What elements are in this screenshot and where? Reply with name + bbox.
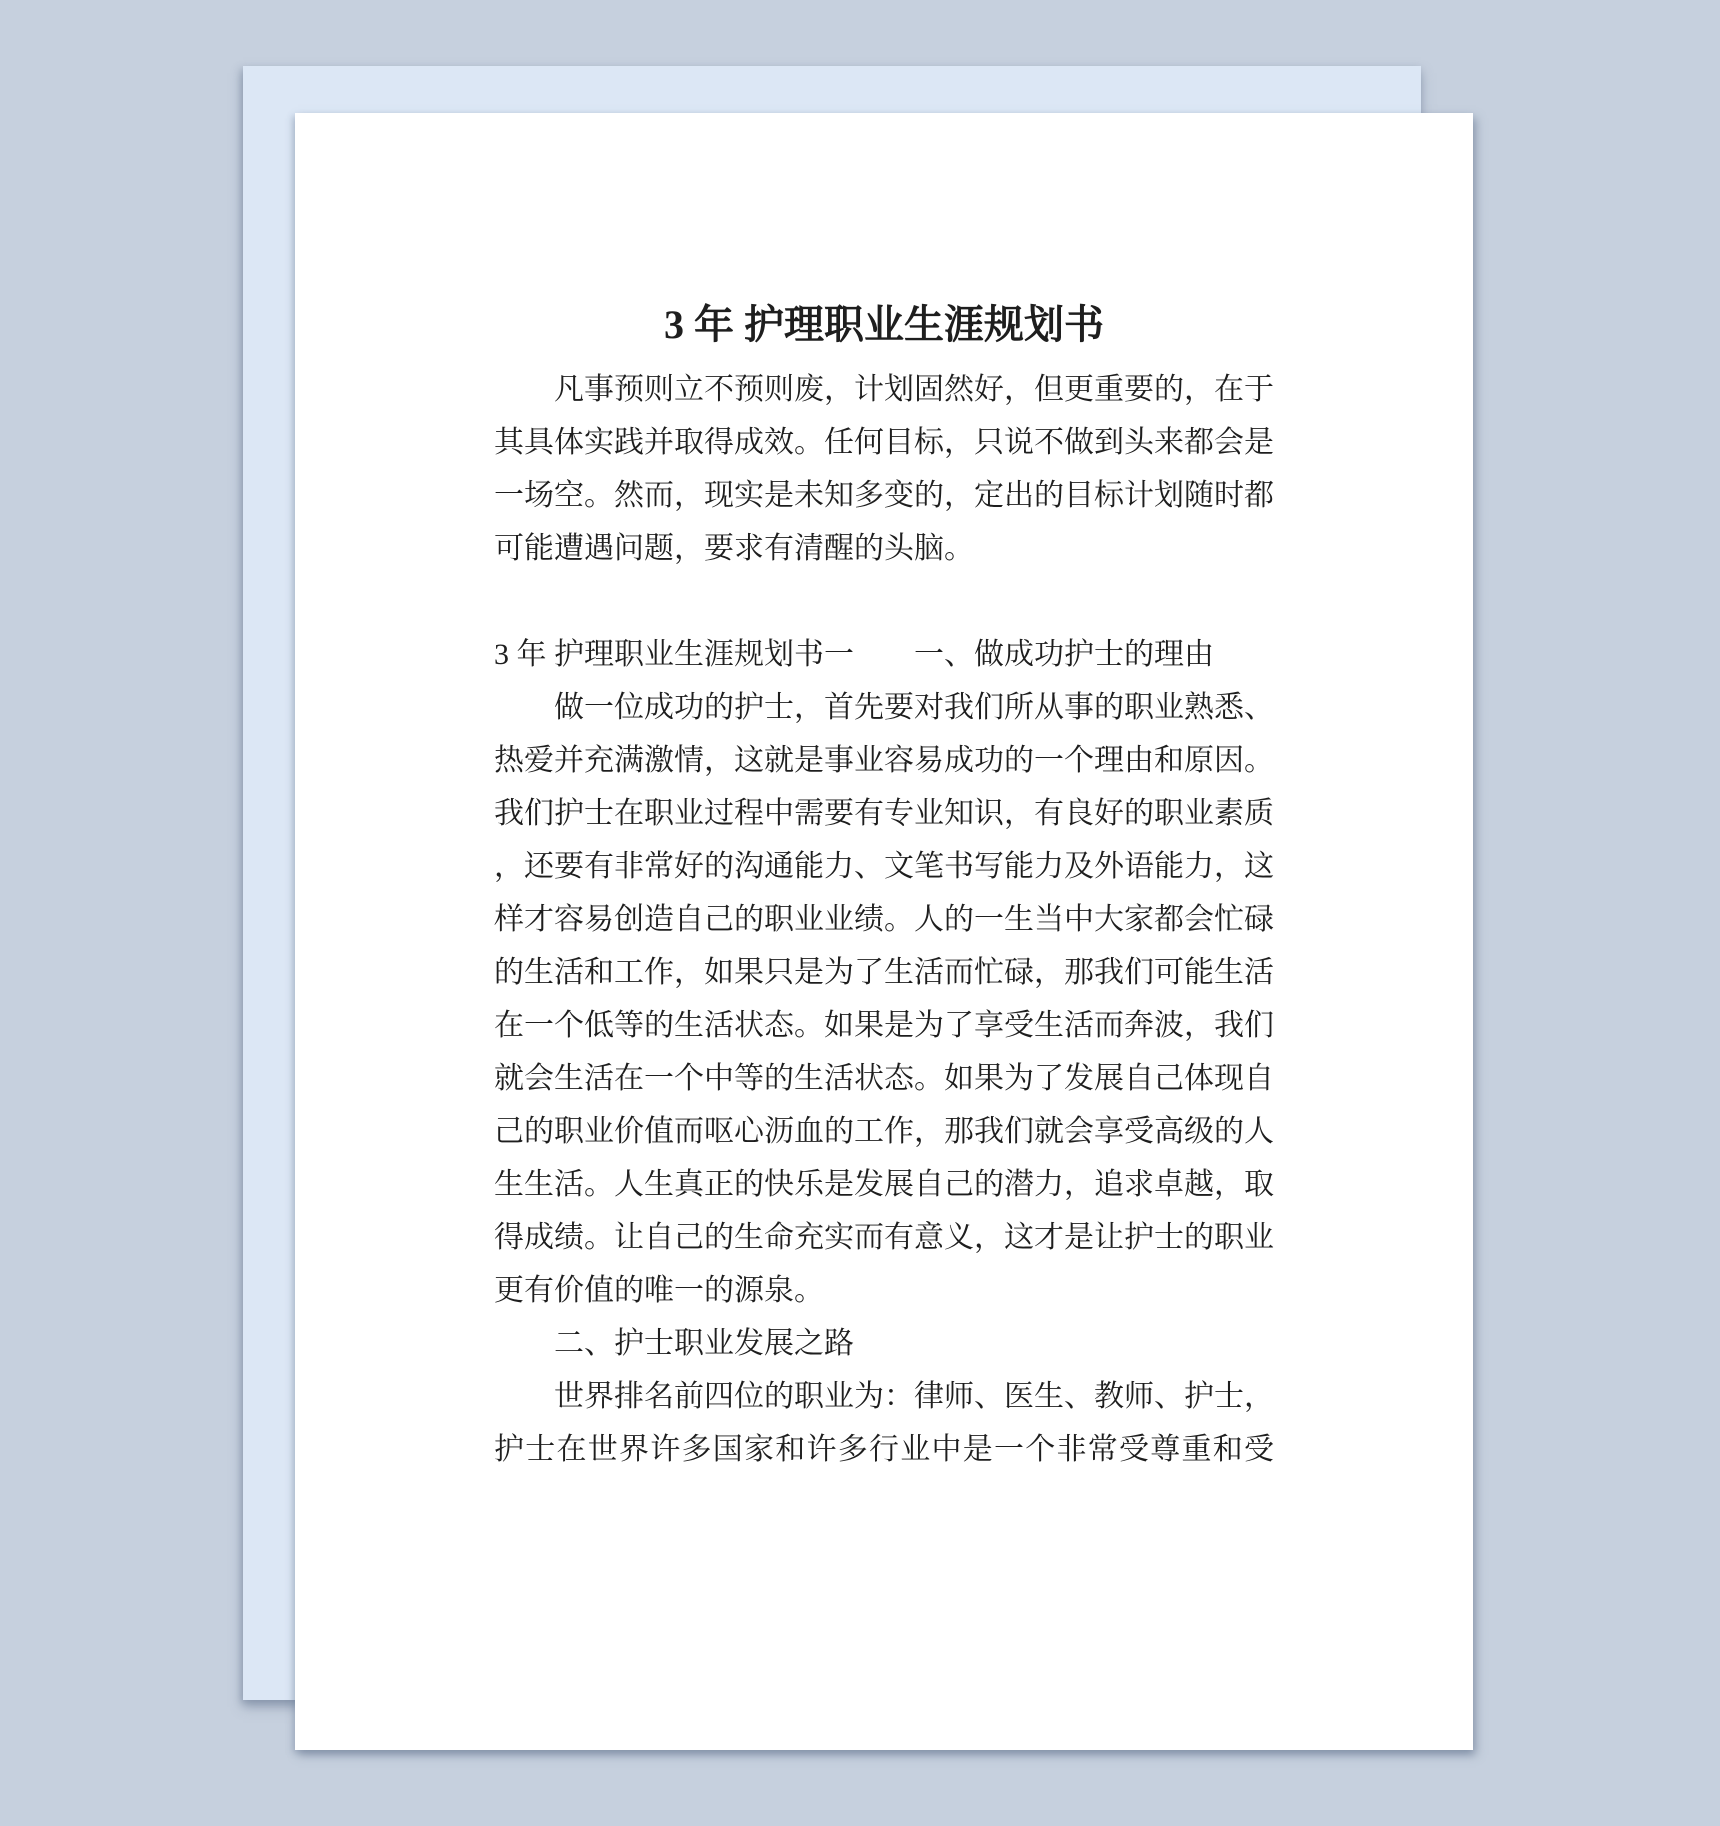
text-line: 3 年 护理职业生涯规划书一 一、做成功护士的理由 <box>494 628 1274 681</box>
text-line: 凡事预则立不预则废，计划固然好，但更重要的，在于 <box>494 363 1274 416</box>
text-line: 其具体实践并取得成效。任何目标，只说不做到头来都会是 <box>494 416 1274 469</box>
text-line: 二、护士职业发展之路 <box>494 1317 1274 1370</box>
text-line: 己的职业价值而呕心沥血的工作，那我们就会享受高级的人 <box>494 1105 1274 1158</box>
text-line: 更有价值的唯一的源泉。 <box>494 1264 1274 1317</box>
text-line: 在一个低等的生活状态。如果是为了享受生活而奔波，我们 <box>494 999 1274 1052</box>
text-line: 做一位成功的护士，首先要对我们所从事的职业熟悉、 <box>494 681 1274 734</box>
text-line: 可能遭遇问题，要求有清醒的头脑。 <box>494 522 1274 575</box>
text-line: ，还要有非常好的沟通能力、文笔书写能力及外语能力，这 <box>494 840 1274 893</box>
document-body: 凡事预则立不预则废，计划固然好，但更重要的，在于其具体实践并取得成效。任何目标，… <box>494 363 1274 1476</box>
document-page: 3 年 护理职业生涯规划书 凡事预则立不预则废，计划固然好，但更重要的，在于其具… <box>295 113 1473 1750</box>
desktop-background: 3 年 护理职业生涯规划书 凡事预则立不预则废，计划固然好，但更重要的，在于其具… <box>0 0 1720 1826</box>
text-line: 热爱并充满激情，这就是事业容易成功的一个理由和原因。 <box>494 734 1274 787</box>
text-line: 我们护士在职业过程中需要有专业知识，有良好的职业素质 <box>494 787 1274 840</box>
text-line: 就会生活在一个中等的生活状态。如果为了发展自己体现自 <box>494 1052 1274 1105</box>
text-line: 样才容易创造自己的职业业绩。人的一生当中大家都会忙碌 <box>494 893 1274 946</box>
text-line: 一场空。然而，现实是未知多变的，定出的目标计划随时都 <box>494 469 1274 522</box>
document-title: 3 年 护理职业生涯规划书 <box>494 300 1274 350</box>
text-line: 世界排名前四位的职业为：律师、医生、教师、护士， <box>494 1370 1274 1423</box>
text-line: 生生活。人生真正的快乐是发展自己的潜力，追求卓越，取 <box>494 1158 1274 1211</box>
text-line: 护士在世界许多国家和许多行业中是一个非常受尊重和受 <box>494 1423 1274 1476</box>
text-line: 的生活和工作，如果只是为了生活而忙碌，那我们可能生活 <box>494 946 1274 999</box>
text-line: 得成绩。让自己的生命充实而有意义，这才是让护士的职业 <box>494 1211 1274 1264</box>
blank-line <box>494 575 1274 628</box>
